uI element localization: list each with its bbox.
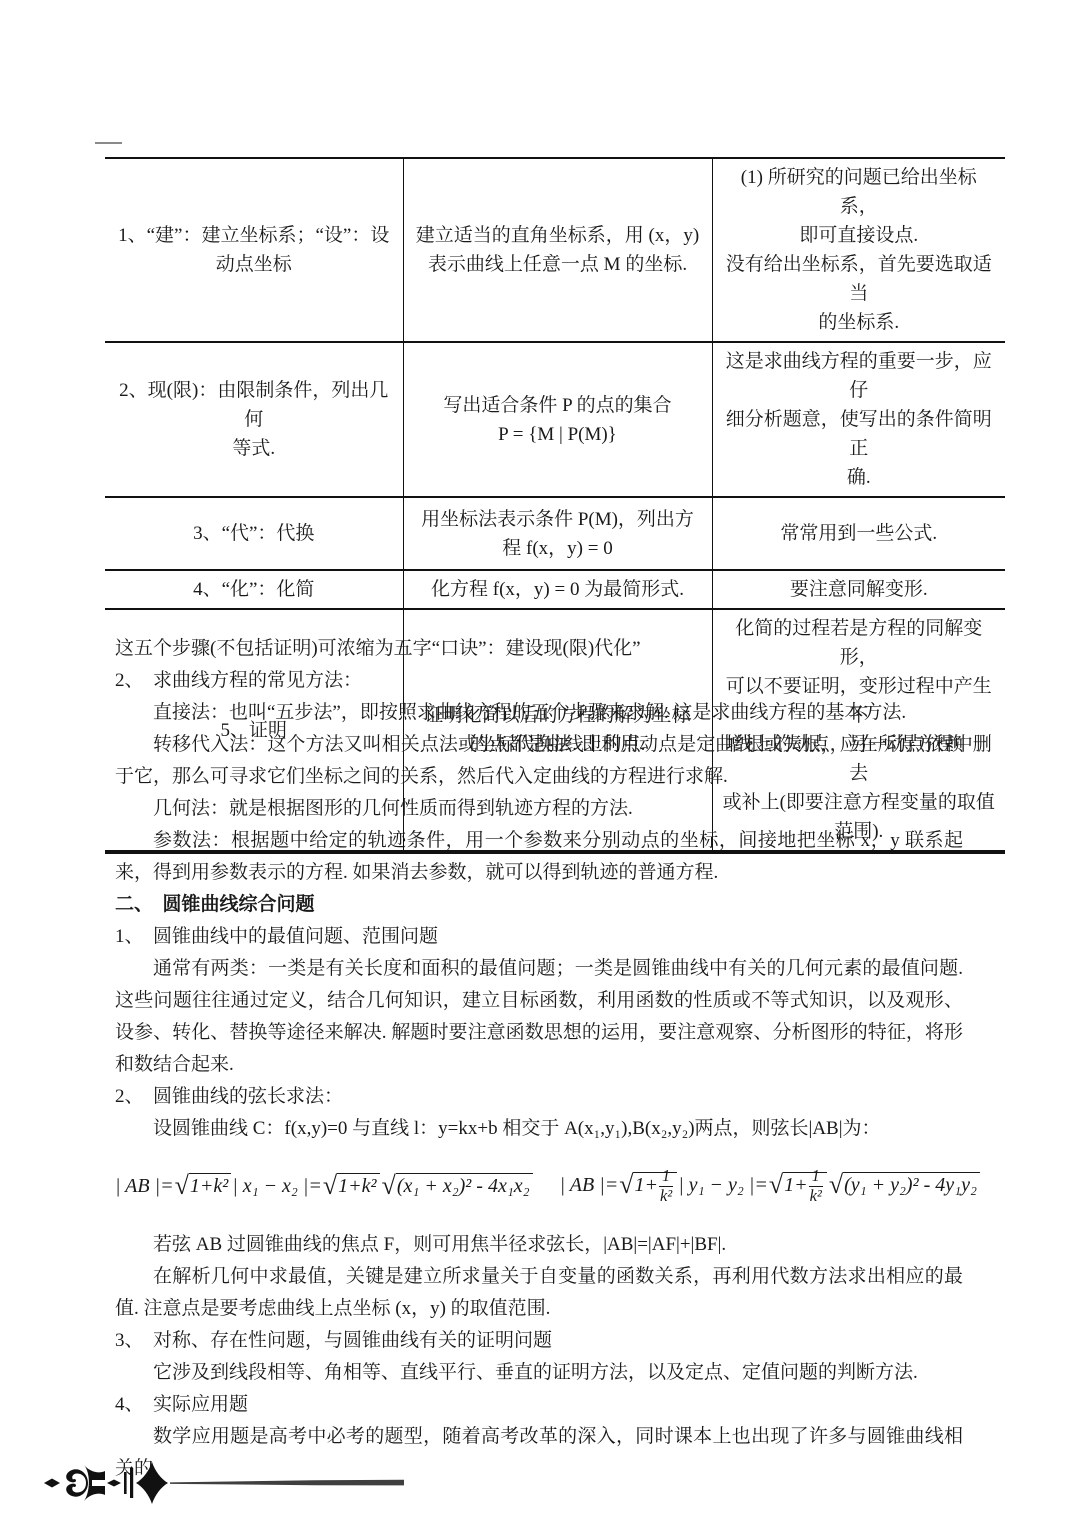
table-cell-method: 3、“代”：代换 — [105, 497, 403, 570]
formula-mid: | x₁ − x₂ |= — [232, 1175, 322, 1197]
radical: (x₁ + x₂)² - 4x₁x₂ — [382, 1173, 533, 1199]
table-cell-method: 4、“化”：化简 — [105, 570, 403, 609]
table-cell-operation: 建立适当的直角坐标系，用 (x，y) 表示曲线上任意一点 M 的坐标. — [403, 158, 712, 342]
list-item-chord-length: 2、 圆锥曲线的弦长求法： — [115, 1081, 963, 1113]
paragraph-parameter-method: 参数法：根据题中给定的轨迹条件，用一个参数来分别动点的坐标，间接地把坐标 x，y… — [115, 825, 963, 889]
radicand-prefix: 1+ — [784, 1174, 808, 1196]
list-item-application: 4、 实际应用题 — [115, 1389, 963, 1421]
radicand-prefix: 1+ — [634, 1174, 658, 1196]
body-text: 这五个步骤(不包括证明)可浓缩为五字“口诀”：建设现(限)代化” 2、 求曲线方… — [115, 633, 963, 1485]
paragraph-geometry-method: 几何法：就是根据图形的几何性质而得到轨迹方程的方法. — [115, 793, 963, 825]
list-item-extremum: 1、 圆锥曲线中的最值问题、范围问题 — [115, 921, 963, 953]
summary-line: 这五个步骤(不包括证明)可浓缩为五字“口诀”：建设现(限)代化” — [115, 633, 963, 665]
table-cell-method: 2、现(限)：由限制条件，列出几何 等式. — [105, 342, 403, 497]
table-row: 4、“化”：化简 化方程 f(x，y) = 0 为最简形式. 要注意同解变形. — [105, 570, 1005, 609]
radical: 1+k² — [323, 1173, 380, 1199]
fraction: 1k² — [659, 1167, 673, 1206]
footer-flourish-divider — [44, 1459, 409, 1512]
section-heading-conic-problems: 二、 圆锥曲线综合问题 — [115, 889, 963, 921]
table-row: 2、现(限)：由限制条件，列出几何 等式. 写出适合条件 P 的点的集合 P =… — [105, 342, 1005, 497]
paragraph-focal-chord: 若弦 AB 过圆锥曲线的焦点 F，则可用焦半径求弦长，|AB|=|AF|+|BF… — [115, 1229, 963, 1261]
table-border-fragment — [95, 142, 122, 144]
table-cell-operation: 用坐标法表示条件 P(M)，列出方 程 f(x，y) = 0 — [403, 497, 712, 570]
table-cell-note: 常常用到一些公式. — [712, 497, 1005, 570]
paragraph-symmetry-detail: 它涉及到线段相等、角相等、直线平行、垂直的证明方法，以及定点、定值问题的判断方法… — [115, 1357, 963, 1389]
table-cell-operation: 写出适合条件 P 的点的集合 P = {M | P(M)} — [403, 342, 712, 497]
table-cell-operation: 化方程 f(x，y) = 0 为最简形式. — [403, 570, 712, 609]
paragraph-transfer-method: 转移代入法：这个方法又叫相关点法或坐标代换法. 即利用动点是定曲线上的动点，另一… — [115, 729, 963, 793]
table-cell-method: 1、“建”：建立坐标系；“设”：设 动点坐标 — [105, 158, 403, 342]
table-cell-note: (1) 所研究的问题已给出坐标系， 即可直接设点. 没有给出坐标系，首先要选取适… — [712, 158, 1005, 342]
document-page: 1、“建”：建立坐标系；“设”：设 动点坐标 建立适当的直角坐标系，用 (x，y… — [0, 0, 1075, 1518]
list-item-2: 2、 求曲线方程的常见方法： — [115, 665, 963, 697]
paragraph-direct-method: 直接法：也叫“五步法”，即按照求曲线方程的五个步骤来求解. 这是求曲线方程的基本… — [115, 697, 963, 729]
paragraph-analytic-extremum: 在解析几何中求最值，关键是建立所求量关于自变量的函数关系，再利用代数方法求出相应… — [115, 1261, 963, 1325]
radical: (y₁ + y₂)² - 4y₁y₂ — [829, 1172, 980, 1198]
flourish-ornament-icon — [44, 1459, 409, 1507]
list-item-symmetry: 3、 对称、存在性问题，与圆锥曲线有关的证明问题 — [115, 1325, 963, 1357]
table-row: 3、“代”：代换 用坐标法表示条件 P(M)，列出方 程 f(x，y) = 0 … — [105, 497, 1005, 570]
formula-chord-x: | AB |=1+k²| x₁ − x₂ |=1+k²(x₁ + x₂)² - … — [115, 1173, 534, 1199]
table-cell-note: 要注意同解变形. — [712, 570, 1005, 609]
formula-mid: | y₁ − y₂ |= — [678, 1174, 768, 1196]
table-row: 1、“建”：建立坐标系；“设”：设 动点坐标 建立适当的直角坐标系，用 (x，y… — [105, 158, 1005, 342]
fraction: 1k² — [809, 1167, 823, 1206]
paragraph-extremum-detail: 通常有两类：一类是有关长度和面积的最值问题；一类是圆锥曲线中有关的几何元素的最值… — [115, 953, 963, 1081]
radical: 1+1k² — [769, 1167, 827, 1206]
radical: 1+1k² — [619, 1167, 677, 1206]
chord-length-formulas: | AB |=1+k²| x₁ − x₂ |=1+k²(x₁ + x₂)² - … — [115, 1155, 963, 1217]
formula-chord-y: | AB |=1+1k²| y₁ − y₂ |=1+1k²(y₁ + y₂)² … — [560, 1167, 981, 1206]
formula-lhs: | AB |= — [115, 1175, 174, 1197]
formula-lhs: | AB |= — [560, 1174, 619, 1196]
table-cell-note: 这是求曲线方程的重要一步，应仔 细分析题意，使写出的条件简明正 确. — [712, 342, 1005, 497]
paragraph-chord-setup: 设圆锥曲线 C：f(x,y)=0 与直线 l：y=kx+b 相交于 A(x₁,y… — [115, 1113, 963, 1145]
radical: 1+k² — [175, 1173, 232, 1199]
